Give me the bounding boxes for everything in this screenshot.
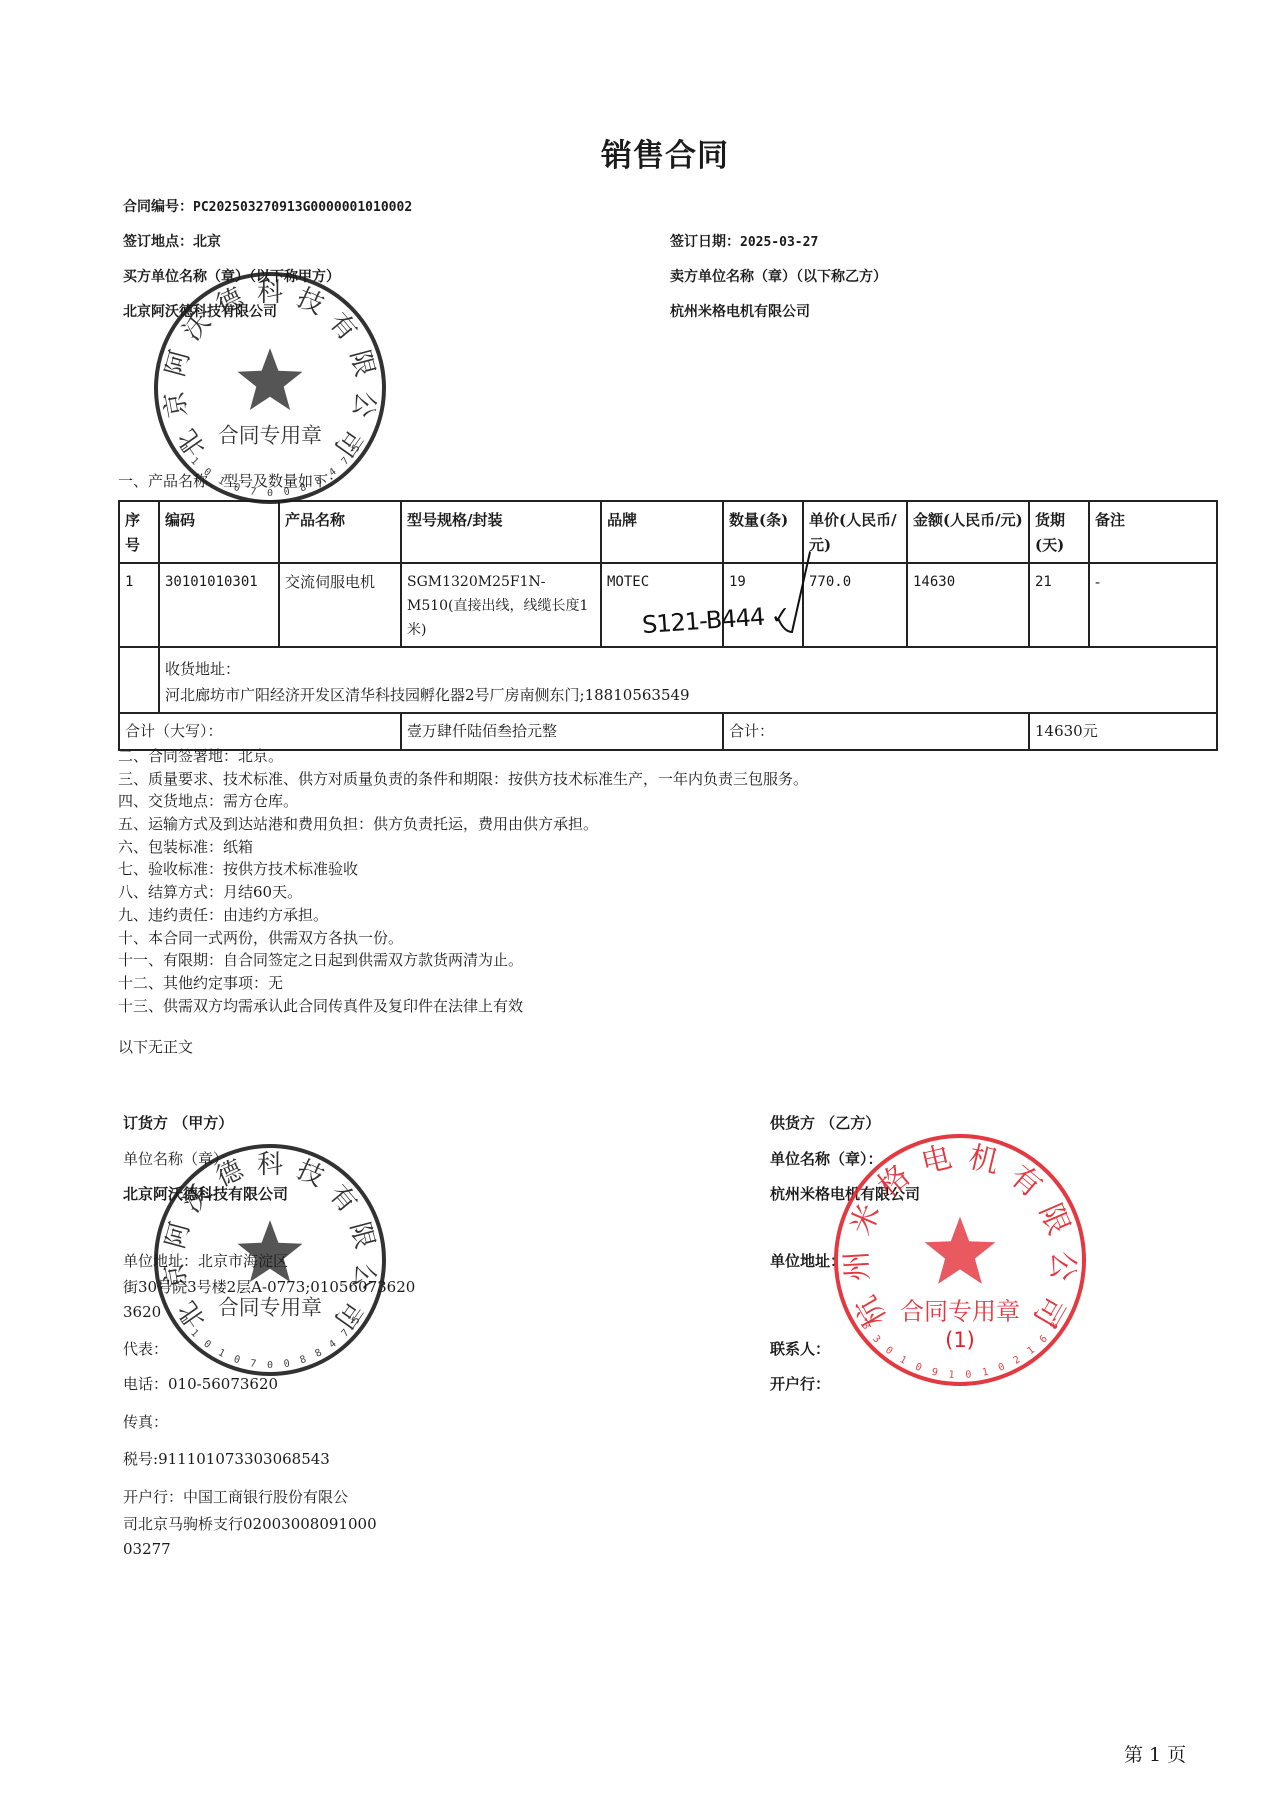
document-title: 销售合同	[0, 130, 1279, 175]
cell-product: 交流伺服电机	[279, 563, 401, 647]
buyer-bank-line2: 司北京马驹桥支行02003008091000	[123, 1513, 377, 1534]
section-1-heading: 一、产品名称、型号及数量如下：	[118, 470, 343, 491]
svg-text:合同专用章: 合同专用章	[900, 1298, 1020, 1326]
end-note: 以下无正文	[118, 1036, 193, 1057]
svg-text:1: 1	[177, 1315, 189, 1326]
contract-number: 合同编号：PC202503270913G0000001010002	[123, 196, 412, 216]
svg-text:限: 限	[344, 1219, 380, 1252]
clause-item: 七、验收标准：按供方技术标准验收	[118, 858, 808, 881]
svg-text:1: 1	[981, 1367, 989, 1379]
svg-text:1: 1	[1025, 1345, 1037, 1357]
svg-text:限: 限	[344, 347, 380, 380]
buyer-phone-value: 010-56073620	[168, 1375, 278, 1393]
svg-text:技: 技	[292, 283, 328, 321]
svg-text:7: 7	[340, 1328, 352, 1340]
clauses-list: 二、合同签署地：北京。三、质量要求、技术标准、供方对质量负责的条件和期限：按供方…	[118, 745, 808, 1017]
svg-text:司: 司	[328, 423, 367, 462]
svg-text:7: 7	[340, 456, 352, 468]
clause-item: 十三、供需双方均需承认此合同传真件及复印件在法律上有效	[118, 995, 808, 1018]
clause-item: 四、交货地点：需方仓库。	[118, 790, 808, 813]
contract-number-value: PC202503270913G0000001010002	[193, 200, 412, 215]
clause-item: 十二、其他约定事项：无	[118, 972, 808, 995]
seal-star-icon	[238, 348, 303, 410]
buyer-tax-value: 911101073303068543	[158, 1450, 330, 1468]
header-lead-time: 货期(天)	[1029, 501, 1089, 563]
clause-item: 八、结算方式：月结60天。	[118, 881, 808, 904]
buyer-address: 单位地址：北京市海淀区	[123, 1250, 288, 1271]
svg-text:3: 3	[859, 1321, 871, 1332]
buyer-tax-label: 税号:	[123, 1450, 158, 1468]
buyer-address-line1: 北京市海淀区	[198, 1252, 288, 1270]
address-blank-cell	[119, 647, 159, 713]
contract-number-label: 合同编号：	[123, 199, 193, 215]
svg-text:5: 5	[350, 443, 362, 454]
clause-item: 六、包装标准：纸箱	[118, 836, 808, 859]
header-amount: 金额(人民币/元)	[907, 501, 1029, 563]
svg-text:0: 0	[283, 1358, 291, 1370]
svg-text:公: 公	[1044, 1250, 1081, 1282]
header-code: 编码	[159, 501, 279, 563]
seller-bank-label: 开户行：	[770, 1373, 830, 1394]
svg-text:司: 司	[1026, 1290, 1071, 1333]
svg-text:9: 9	[930, 1367, 938, 1379]
sign-place: 签订地点：北京	[123, 231, 221, 251]
seller-contact-label: 联系人：	[770, 1338, 830, 1359]
clause-item: 十一、有限期：自合同签定之日起到供需双方款货两清为止。	[118, 949, 808, 972]
svg-text:8: 8	[1048, 1321, 1060, 1332]
buyer-bank: 开户行：中国工商银行股份有限公	[123, 1486, 348, 1507]
svg-text:北: 北	[172, 1295, 211, 1334]
svg-text:合同专用章: 合同专用章	[218, 424, 322, 448]
cell-seq: 1	[119, 563, 159, 647]
delivery-address-label: 收货地址：	[165, 656, 1212, 682]
svg-text:京: 京	[159, 389, 193, 420]
buyer-heading: 买方单位名称（章）（以下称甲方）	[123, 266, 340, 286]
cell-code: 30101010301	[159, 563, 279, 647]
svg-text:0: 0	[201, 1338, 212, 1350]
page-number: 第 1 页	[1124, 1740, 1186, 1767]
svg-text:有: 有	[323, 307, 363, 346]
buyer-unit-name: 北京阿沃德科技有限公司	[123, 1183, 288, 1204]
clause-item: 十、本合同一式两份，供需双方各执一份。	[118, 927, 808, 950]
cell-model: SGM1320M25F1N-M510(直接出线，线缆长度1米)	[401, 563, 601, 647]
sign-place-label: 签订地点：	[123, 234, 193, 250]
svg-text:机: 机	[965, 1140, 1002, 1181]
svg-text:1: 1	[898, 1354, 909, 1367]
seller-company-seal: 杭州米格电机有限公司合同专用章(1)33010910102168	[830, 1130, 1090, 1390]
clause-item: 二、合同签署地：北京。	[118, 745, 808, 768]
seal-star-icon	[925, 1217, 996, 1284]
header-unit-price: 单价(人民币/元)	[803, 501, 907, 563]
svg-text:8: 8	[313, 1347, 323, 1360]
svg-text:有: 有	[323, 1179, 363, 1218]
svg-text:阿: 阿	[160, 347, 196, 380]
svg-text:米: 米	[844, 1199, 888, 1240]
buyer-phone: 电话：010-56073620	[123, 1373, 278, 1394]
clause-item: 九、违约责任：由违约方承担。	[118, 904, 808, 927]
header-brand: 品牌	[601, 501, 723, 563]
sign-date: 签订日期：2025-03-27	[670, 231, 818, 251]
buyer-address-line3: 3620	[123, 1303, 161, 1321]
header-seq: 序号	[119, 501, 159, 563]
buyer-address-label: 单位地址：	[123, 1252, 198, 1270]
svg-text:4: 4	[327, 1338, 338, 1350]
svg-text:杭: 杭	[849, 1290, 894, 1333]
seller-unit-name: 杭州米格电机有限公司	[770, 1183, 920, 1204]
clause-item: 五、运输方式及到达站港和费用负担：供方负责托运，费用由供方承担。	[118, 813, 808, 836]
svg-text:0: 0	[232, 1354, 241, 1366]
buyer-bank-label: 开户行：	[123, 1488, 183, 1506]
header-model: 型号规格/封装	[401, 501, 601, 563]
svg-text:有: 有	[1003, 1158, 1048, 1204]
seller-address-label: 单位地址：	[770, 1250, 845, 1271]
svg-text:合同专用章: 合同专用章	[218, 1296, 322, 1320]
buyer-bank-line3: 03277	[123, 1540, 171, 1558]
clause-item: 三、质量要求、技术标准、供方对质量负责的条件和期限：按供方技术标准生产，一年内负…	[118, 768, 808, 791]
svg-text:1: 1	[216, 1347, 226, 1360]
svg-text:5: 5	[350, 1315, 362, 1326]
buyer-address-line2: 街30号院3号楼2层A-0773;01056073620	[123, 1276, 415, 1297]
cell-remark: -	[1089, 563, 1217, 647]
svg-text:公: 公	[347, 389, 381, 420]
table-header-row: 序号 编码 产品名称 型号规格/封装 品牌 数量(条) 单价(人民币/元) 金额…	[119, 501, 1217, 563]
svg-text:1: 1	[948, 1369, 955, 1380]
buyer-unit-name-label: 单位名称（章）：	[123, 1148, 236, 1169]
svg-text:科: 科	[257, 1150, 283, 1180]
delivery-address-cell: 收货地址： 河北廊坊市广阳经济开发区清华科技园孵化器2号厂房南侧东门;18810…	[159, 647, 1217, 713]
buyer-bank-line1: 中国工商银行股份有限公	[183, 1488, 348, 1506]
buyer-fax-label: 传真：	[123, 1411, 168, 1432]
sign-date-value: 2025-03-27	[740, 235, 818, 250]
buyer-rep-label: 代表：	[123, 1338, 168, 1359]
sign-date-label: 签订日期：	[670, 234, 740, 250]
cell-lead-time: 21	[1029, 563, 1089, 647]
svg-text:(1): (1)	[945, 1328, 975, 1352]
svg-text:6: 6	[1038, 1333, 1050, 1345]
cell-amount: 14630	[907, 563, 1029, 647]
seller-unit-name-label: 单位名称（章）：	[770, 1148, 883, 1169]
svg-text:0: 0	[883, 1345, 895, 1357]
svg-text:北: 北	[172, 423, 211, 462]
buyer-block-heading: 订货方 （甲方）	[123, 1112, 233, 1133]
svg-text:0: 0	[914, 1361, 924, 1373]
total-value: 14630元	[1029, 713, 1217, 750]
svg-text:限: 限	[1032, 1199, 1076, 1240]
svg-text:电: 电	[918, 1140, 955, 1181]
header-remark: 备注	[1089, 501, 1217, 563]
svg-text:7: 7	[249, 1358, 257, 1370]
svg-text:3: 3	[870, 1333, 882, 1345]
cell-unit-price: 770.0	[803, 563, 907, 647]
svg-text:0: 0	[997, 1361, 1007, 1373]
buyer-name: 北京阿沃德科技有限公司	[123, 301, 277, 321]
buyer-phone-label: 电话：	[123, 1375, 168, 1393]
seller-name: 杭州米格电机有限公司	[670, 301, 810, 321]
buyer-tax: 税号:911101073303068543	[123, 1448, 330, 1469]
svg-text:1: 1	[188, 1328, 200, 1340]
delivery-address-row: 收货地址： 河北廊坊市广阳经济开发区清华科技园孵化器2号厂房南侧东门;18810…	[119, 647, 1217, 713]
svg-text:8: 8	[299, 1354, 308, 1366]
svg-text:1: 1	[188, 456, 200, 468]
seller-block-heading: 供货方 （乙方）	[770, 1112, 880, 1133]
delivery-address: 河北廊坊市广阳经济开发区清华科技园孵化器2号厂房南侧东门;18810563549	[165, 682, 1212, 708]
svg-text:2: 2	[1012, 1354, 1023, 1367]
svg-text:0: 0	[267, 1360, 273, 1371]
svg-text:1: 1	[177, 443, 189, 454]
header-qty: 数量(条)	[723, 501, 803, 563]
svg-text:阿: 阿	[160, 1219, 196, 1252]
seller-heading: 卖方单位名称（章）（以下称乙方）	[670, 266, 887, 286]
svg-text:司: 司	[328, 1295, 367, 1334]
header-product: 产品名称	[279, 501, 401, 563]
svg-text:技: 技	[292, 1155, 328, 1193]
sign-place-value: 北京	[193, 234, 221, 250]
svg-text:0: 0	[965, 1369, 972, 1380]
